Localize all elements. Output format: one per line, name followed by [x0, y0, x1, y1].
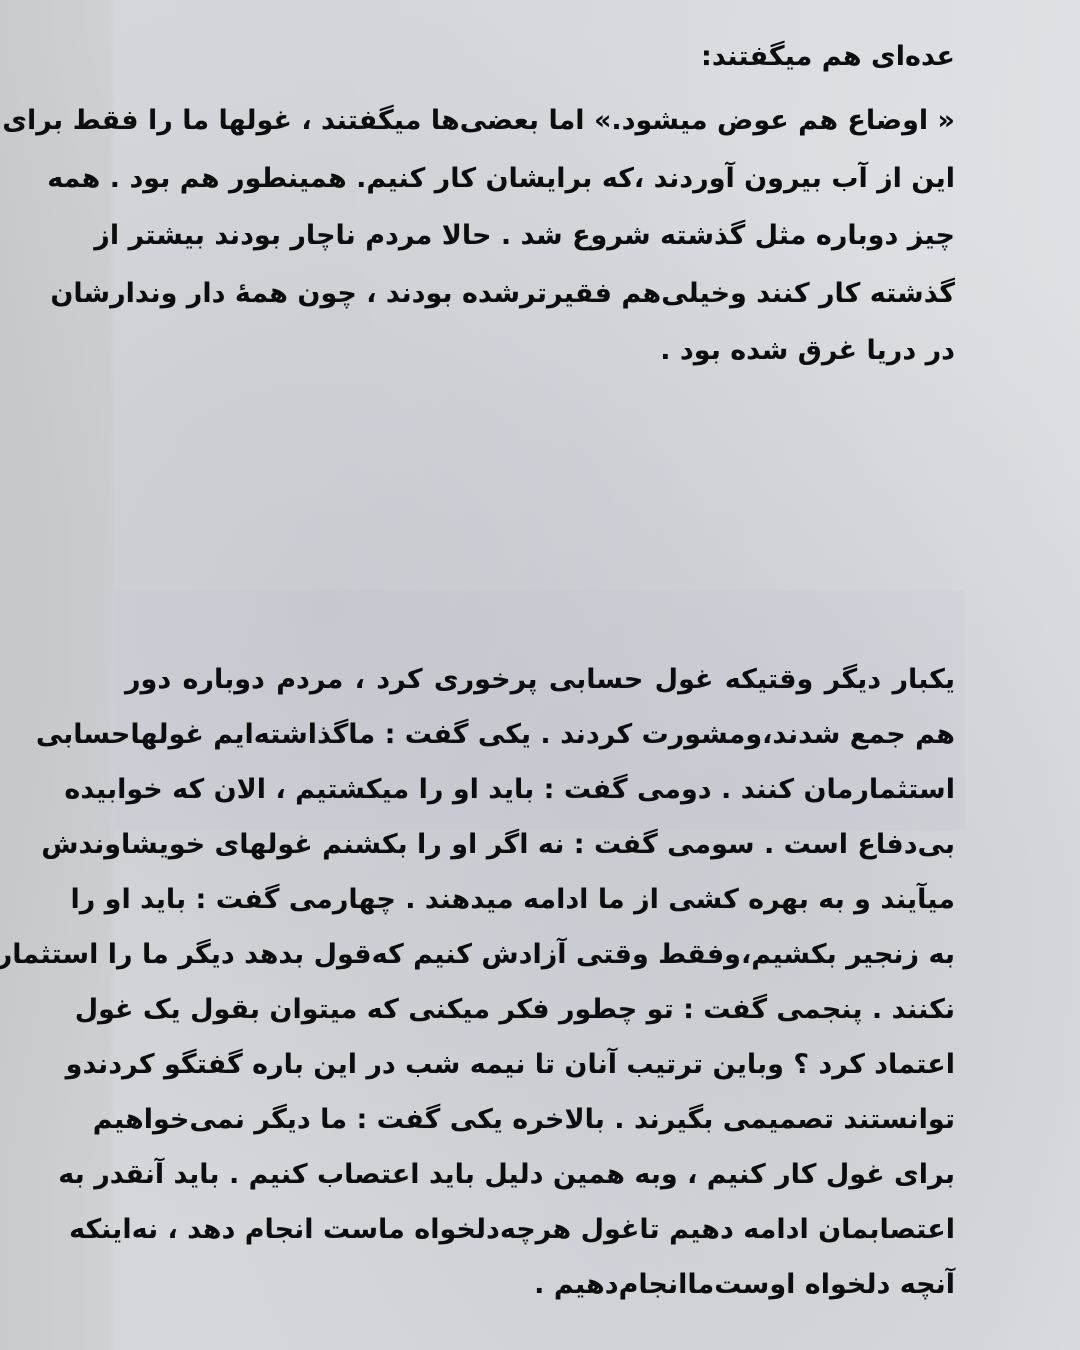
text-line: اعتماد کرد ؟ وباین ترتیب آنان تا نیمه شب…: [125, 1037, 955, 1092]
text-line: میآیند و به بهره کشی از ما ادامه میدهند …: [125, 872, 955, 927]
page-heading: عده‌ای هم میگفتند:: [125, 28, 955, 86]
text-line: نکنند . پنجمی گفت : تو چطور فکر میکنی که…: [125, 982, 955, 1037]
text-line: برای غول کار کنیم ، وبه همین دلیل باید ا…: [125, 1147, 955, 1202]
heading-text: عده‌ای هم میگفتند:: [125, 28, 955, 86]
text-line: این از آب بیرون آوردند ،که برایشان کار ک…: [125, 150, 955, 208]
text-line: هم جمع شدند،ومشورت کردند . یکی گفت : ماگ…: [125, 707, 955, 762]
text-line: « اوضاع هم عوض میشود.» اما بعضی‌ها میگفت…: [125, 92, 955, 150]
text-line: در دریا غرق شده بود .: [125, 322, 955, 380]
text-line: چیز دوباره مثل گذشته شروع شد . حالا مردم…: [125, 207, 955, 265]
text-line: استثمارمان کنند . دومی گفت : باید او را …: [125, 762, 955, 817]
text-line: آنچه دلخواه اوست‌ماانجام‌دهیم .: [125, 1257, 955, 1312]
text-line: گذشته کار کنند وخیلی‌هم فقیرترشده بودند …: [125, 265, 955, 323]
text-line: یکبار دیگر وقتیکه غول حسابی پرخوری کرد ،…: [125, 652, 955, 707]
paragraph-1: « اوضاع هم عوض میشود.» اما بعضی‌ها میگفت…: [125, 92, 955, 380]
scanned-page: عده‌ای هم میگفتند: « اوضاع هم عوض میشود.…: [0, 0, 1080, 1350]
text-line: بی‌دفاع است . سومی گفت : نه اگر او را بک…: [125, 817, 955, 872]
text-line: به زنجیر بکشیم،وفقط وقتی آزادش کنیم که‌ق…: [125, 927, 955, 982]
text-line: اعتصابمان ادامه دهیم تاغول هرچه‌دلخواه م…: [125, 1202, 955, 1257]
paragraph-2: یکبار دیگر وقتیکه غول حسابی پرخوری کرد ،…: [125, 652, 955, 1312]
text-line: توانستند تصمیمی بگیرند . بالاخره یکی گفت…: [125, 1092, 955, 1147]
